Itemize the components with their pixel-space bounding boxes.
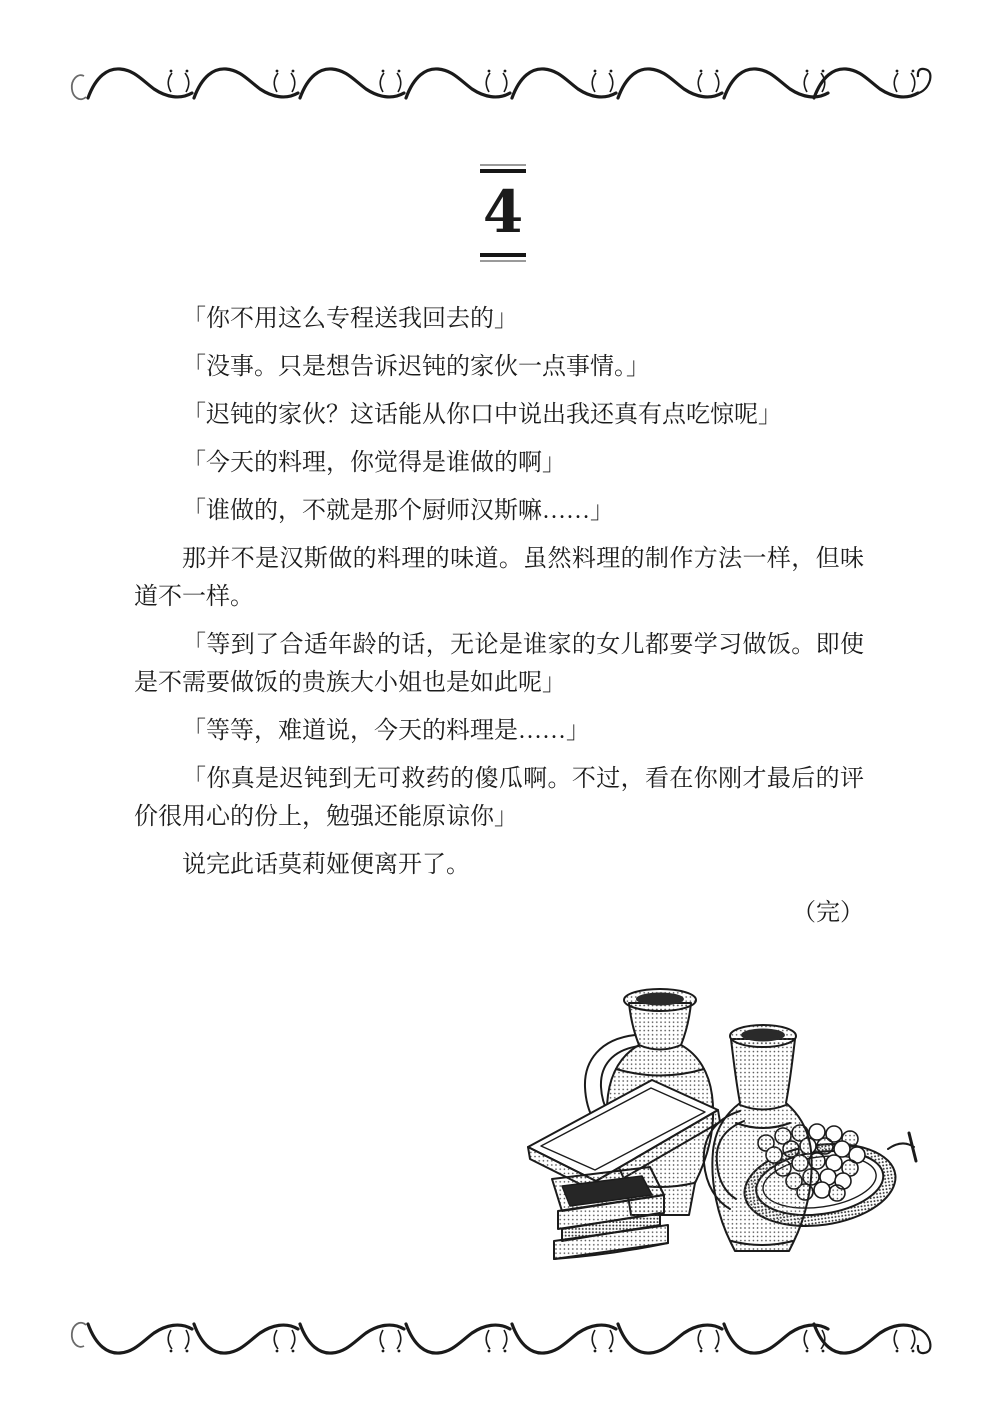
dialogue-line: 「没事。只是想告诉迟钝的家伙一点事情。」 <box>134 348 864 386</box>
narration-paragraph: 说完此话莫莉娅便离开了。 <box>134 846 864 884</box>
dialogue-line: 「今天的料理，你觉得是谁做的啊」 <box>134 444 864 482</box>
story-text: 「你不用这么专程送我回去的」 「没事。只是想告诉迟钝的家伙一点事情。」 「迟钝的… <box>134 300 864 942</box>
dialogue-line: 「等到了合适年龄的话，无论是谁家的女儿都要学习做饭。即使是不需要做饭的贵族大小姐… <box>134 626 864 702</box>
dialogue-line: 「迟钝的家伙？这话能从你口中说出我还真有点吃惊呢」 <box>134 396 864 434</box>
chapter-rule-bottom <box>480 253 526 262</box>
chapter-rule-top <box>480 164 526 173</box>
chapter-heading: 4 <box>0 164 1006 262</box>
top-wave-ornament <box>66 62 936 110</box>
narration-paragraph: 那并不是汉斯做的料理的味道。虽然料理的制作方法一样，但味道不一样。 <box>134 540 864 616</box>
book-page: 4 「你不用这么专程送我回去的」 「没事。只是想告诉迟钝的家伙一点事情。」 「迟… <box>0 0 1006 1422</box>
wave-border-icon <box>66 1312 936 1360</box>
dialogue-line: 「等等，难道说，今天的料理是……」 <box>134 712 864 750</box>
dialogue-line: 「你真是迟钝到无可救药的傻瓜啊。不过，看在你刚才最后的评价很用心的份上，勉强还能… <box>134 760 864 836</box>
end-mark: （完） <box>134 894 864 932</box>
dialogue-line: 「谁做的，不就是那个厨师汉斯嘛……」 <box>134 492 864 530</box>
still-life-illustration <box>500 983 930 1275</box>
dialogue-line: 「你不用这么专程送我回去的」 <box>134 300 864 338</box>
vases-box-grapes-icon <box>500 983 930 1275</box>
open-box <box>552 1167 668 1259</box>
bottom-wave-ornament <box>66 1312 936 1360</box>
chapter-number: 4 <box>483 173 523 253</box>
wave-border-icon <box>66 62 936 110</box>
right-vase <box>704 1025 812 1251</box>
